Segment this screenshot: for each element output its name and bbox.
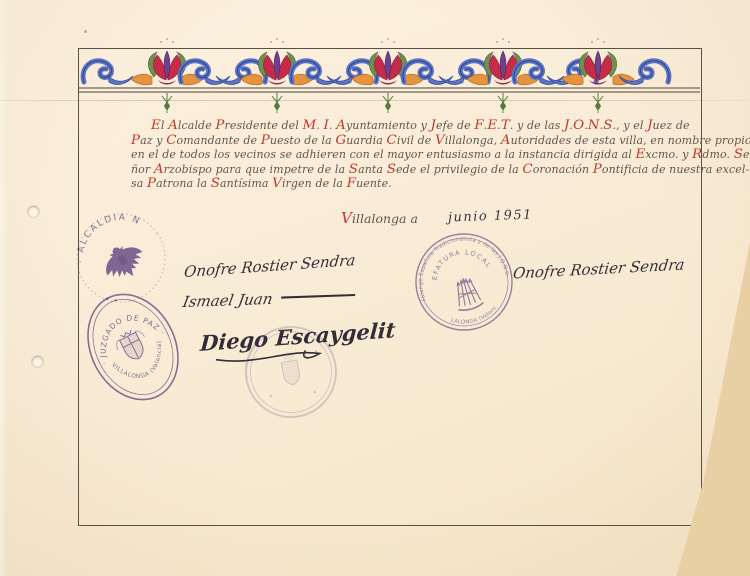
- juzgado-stamp-top-text: · JUZGADO DE PAZ ·: [84, 300, 168, 368]
- signature-ismael-name: Ismael Juan: [181, 290, 274, 311]
- punch-hole: [32, 356, 43, 367]
- document-photo: El Alcalde Presidente del M. I. Ayuntami…: [0, 0, 750, 576]
- punch-hole: [28, 206, 39, 217]
- svg-text:· JUZGADO DE PAZ ·: · JUZGADO DE PAZ ·: [84, 300, 168, 368]
- juzgado-de-paz-stamp: · JUZGADO DE PAZ · VILLALONGA (Valencia): [58, 267, 208, 427]
- yoke-and-arrows-icon: [450, 275, 484, 313]
- text-line-5: sa Patrona la Santísima Virgen de la Fue…: [131, 177, 656, 192]
- signature-diego-flourish: [212, 352, 362, 370]
- text-line-3: en el de todos los vecinos se adhieren c…: [131, 148, 656, 163]
- text-line-1: El Alcalde Presidente del M. I. Ayuntami…: [131, 119, 656, 134]
- address-text-block: El Alcalde Presidente del M. I. Ayuntami…: [131, 119, 656, 192]
- coat-of-arms-icon: [112, 326, 152, 365]
- signature-flourish-line: [281, 294, 355, 298]
- floral-ornament-band: [78, 46, 700, 118]
- paper-speck: [84, 30, 87, 33]
- text-line-2: Paz y Comandante de Puesto de la Guardia…: [131, 134, 656, 149]
- paper-left-edge: [0, 0, 7, 576]
- document-paper: El Alcalde Presidente del M. I. Ayuntami…: [0, 0, 750, 576]
- text-line-4: ñor Arzobispo para que impetre de la San…: [131, 163, 656, 178]
